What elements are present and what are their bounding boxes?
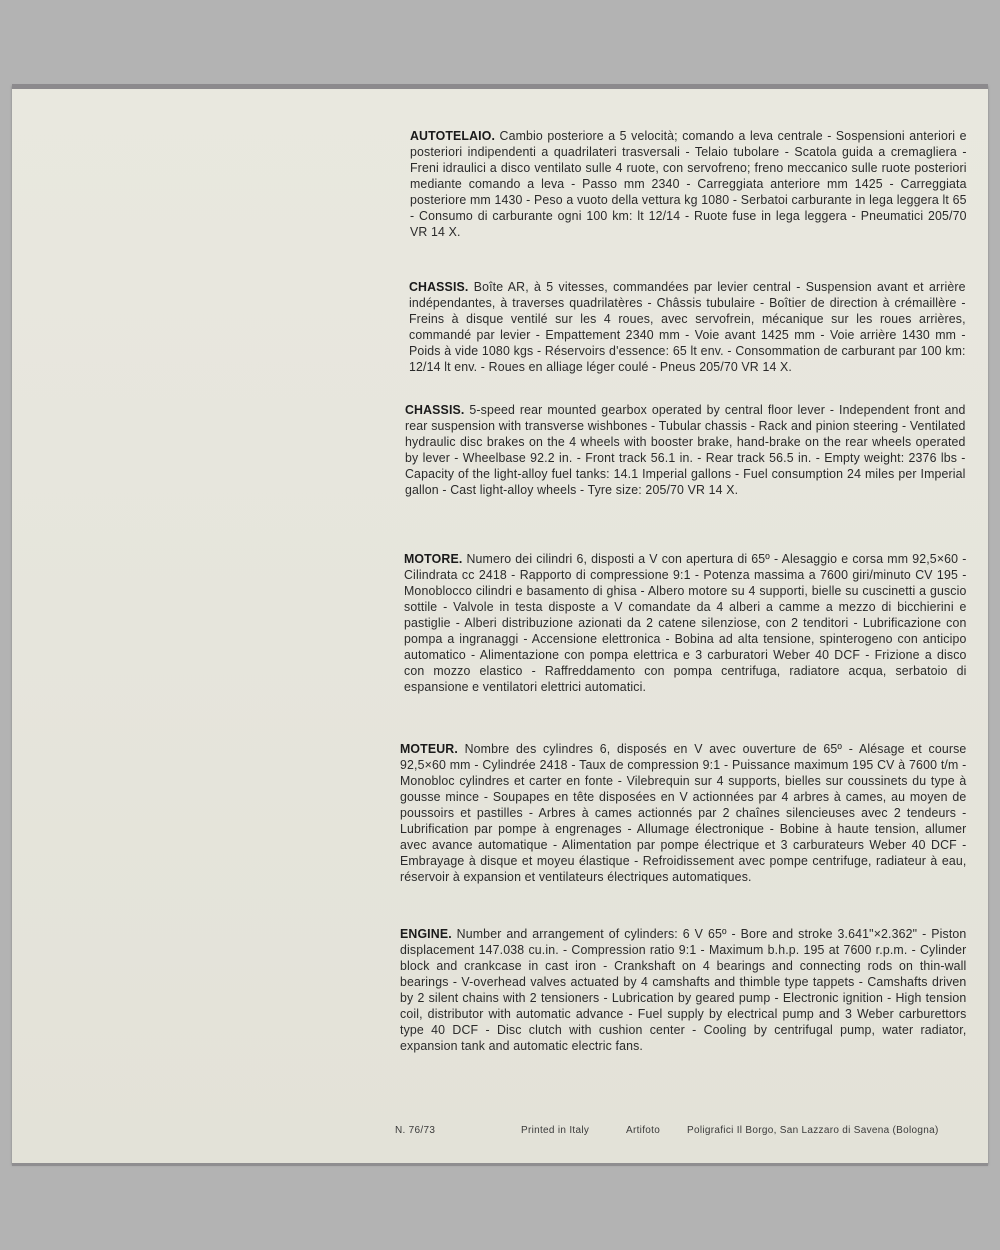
section-body: Nombre des cylindres 6, disposés en V av…: [400, 742, 966, 885]
footer-printed-in: Printed in Italy: [521, 1125, 589, 1136]
section-body: Number and arrangement of cylinders: 6 V…: [400, 927, 966, 1054]
section-heading: MOTEUR.: [400, 742, 458, 756]
section-moteur: MOTEUR. Nombre des cylindres 6, disposés…: [400, 741, 966, 886]
section-heading: CHASSIS.: [405, 403, 464, 417]
section-chassis-english: CHASSIS. 5-speed rear mounted gearbox op…: [405, 402, 966, 499]
section-heading: MOTORE.: [404, 552, 462, 566]
section-body: Cambio posteriore a 5 velocità; comando …: [410, 129, 967, 240]
section-body: Numero dei cilindri 6, disposti a V con …: [404, 552, 967, 695]
section-autotelaio: AUTOTELAIO. Cambio posteriore a 5 veloci…: [410, 128, 967, 241]
section-heading: ENGINE.: [400, 927, 452, 941]
section-heading: AUTOTELAIO.: [410, 129, 495, 143]
footer-photo-credit: Artifoto: [626, 1125, 660, 1136]
section-body: 5-speed rear mounted gearbox operated by…: [405, 403, 966, 497]
footer-printer: Poligrafici Il Borgo, San Lazzaro di Sav…: [687, 1125, 939, 1136]
section-heading: CHASSIS.: [409, 280, 468, 294]
footer-document-number: N. 76/73: [395, 1125, 435, 1136]
section-motore: MOTORE. Numero dei cilindri 6, disposti …: [404, 551, 967, 696]
brochure-page: AUTOTELAIO. Cambio posteriore a 5 veloci…: [12, 84, 988, 1163]
section-engine: ENGINE. Number and arrangement of cylind…: [400, 926, 966, 1055]
section-chassis-french: CHASSIS. Boîte AR, à 5 vitesses, command…: [409, 279, 966, 376]
section-body: Boîte AR, à 5 vitesses, commandées par l…: [409, 280, 966, 374]
